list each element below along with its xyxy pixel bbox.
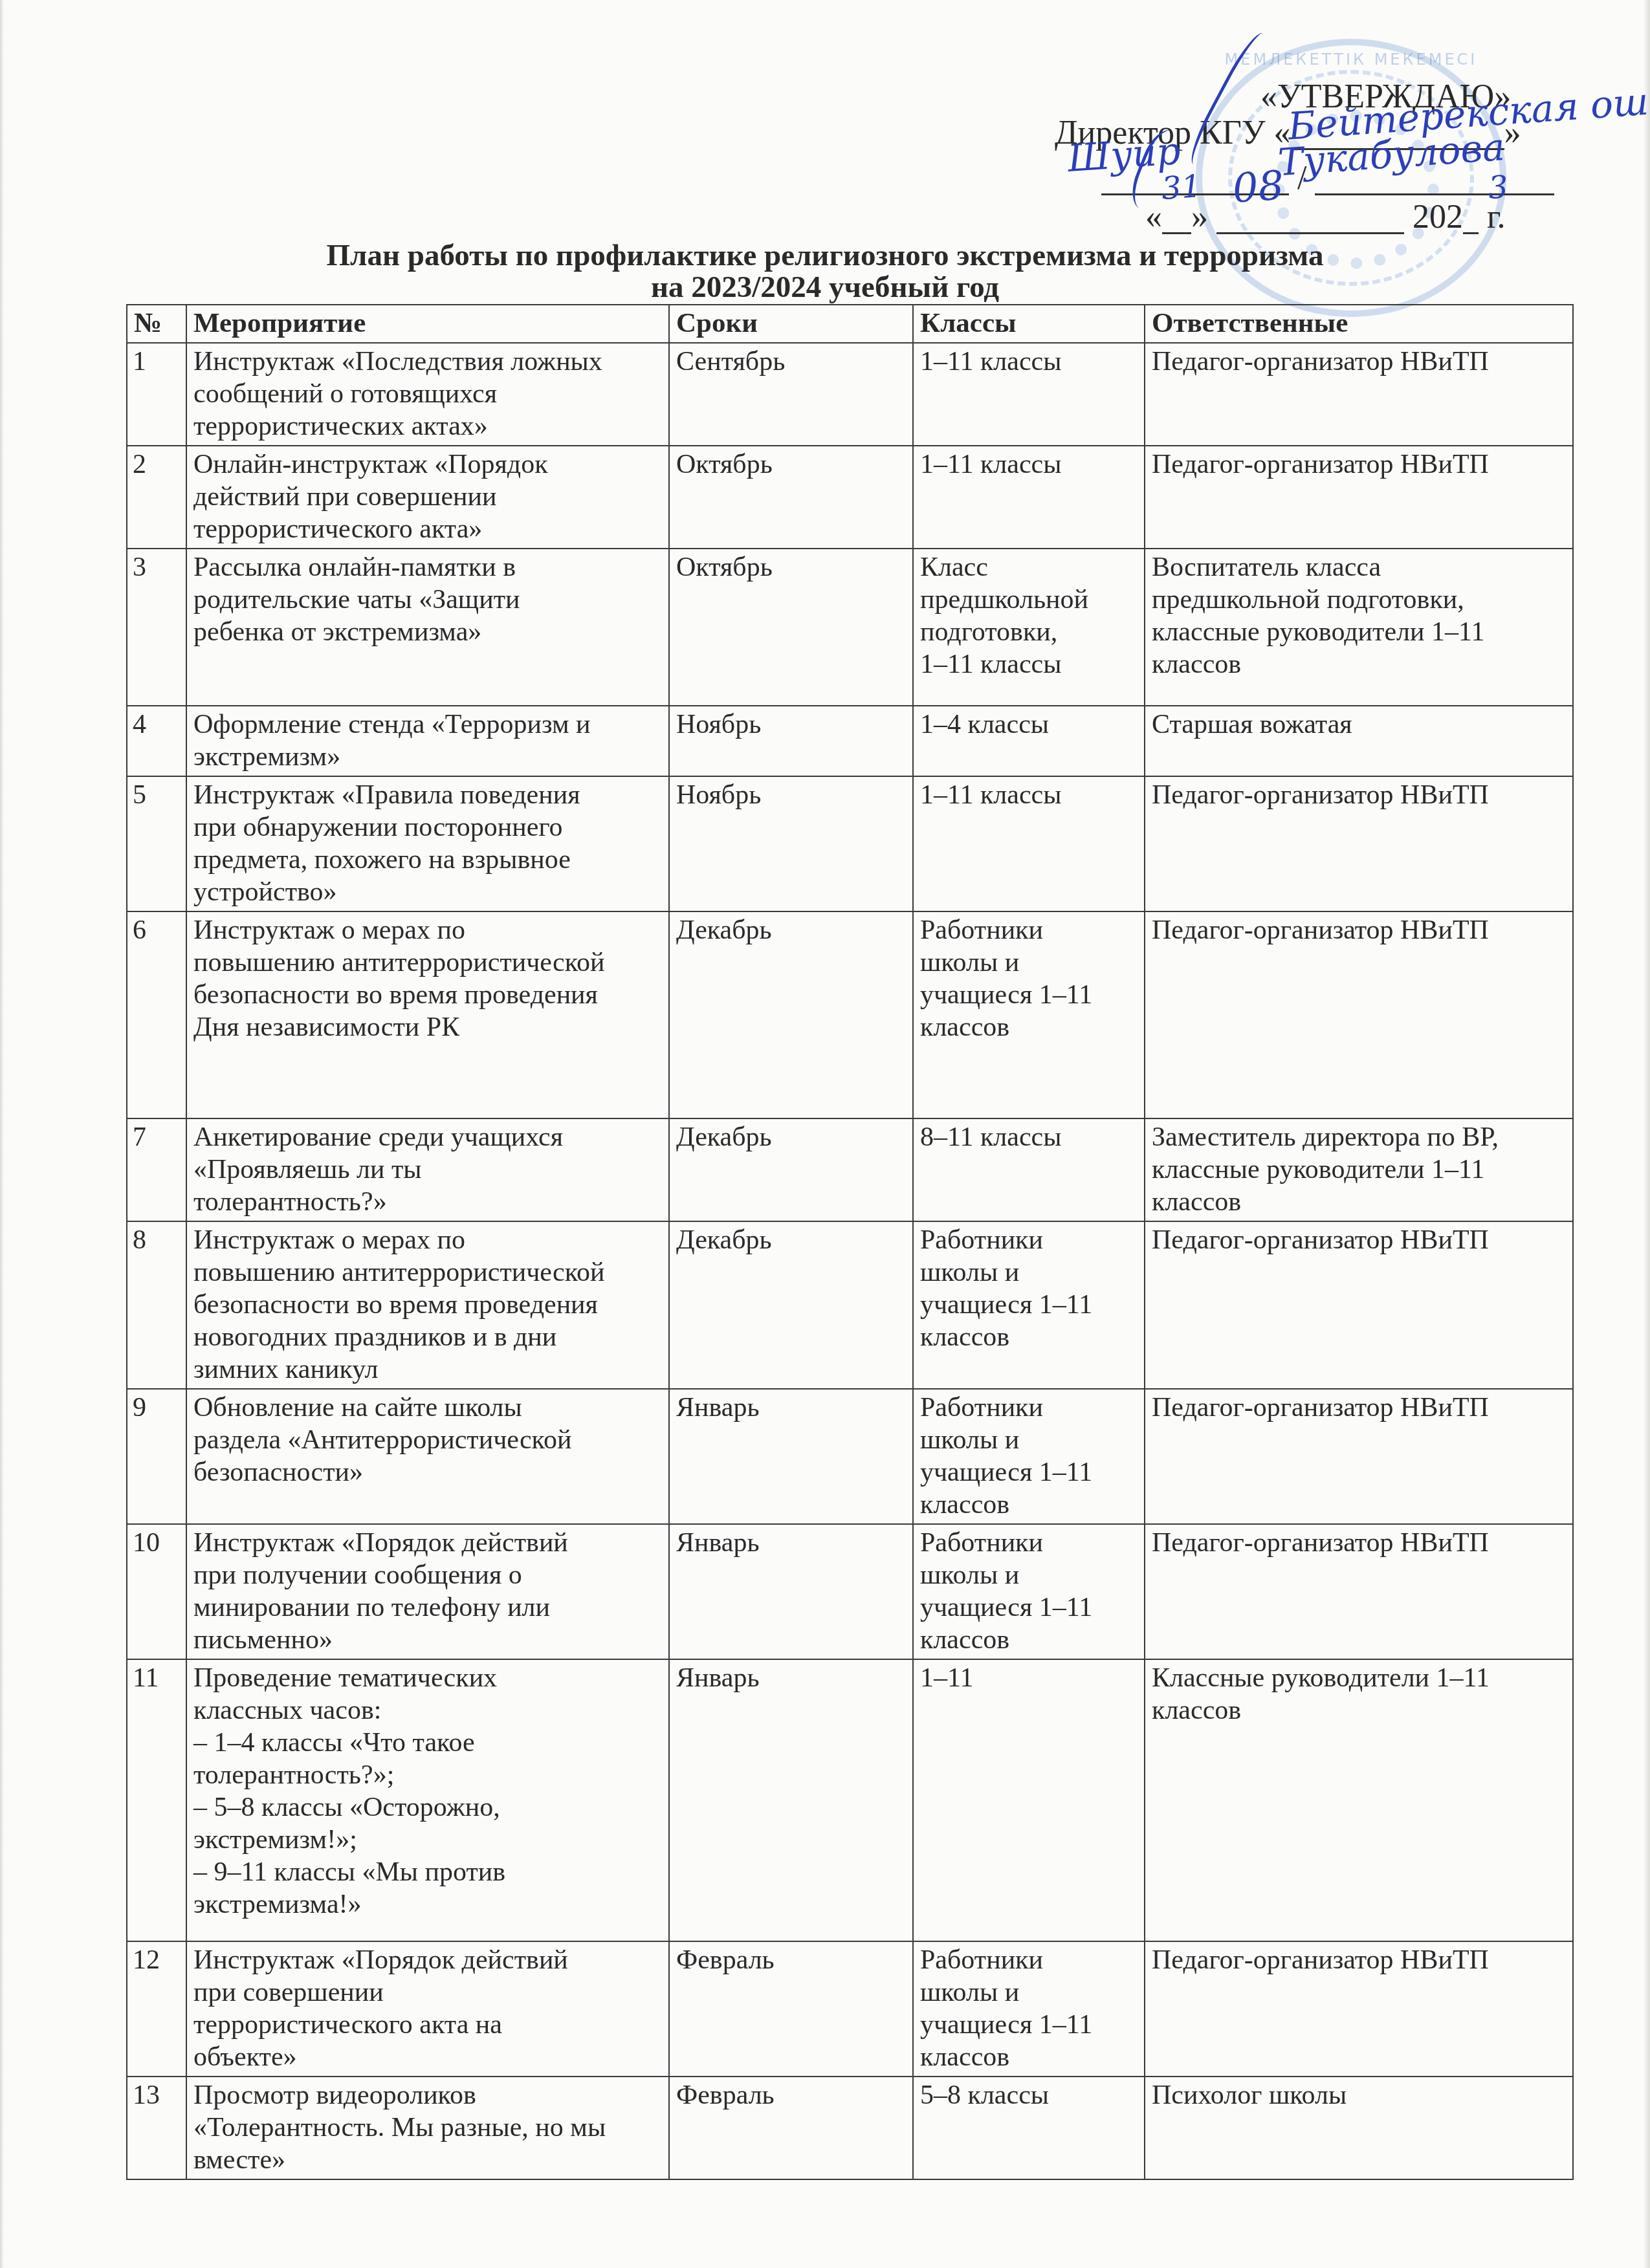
classes-cell: Работники школы и учащиеся 1–11 классов (913, 1389, 1145, 1524)
event-cell: Обновление на сайте школы раздела «Антит… (186, 1389, 669, 1524)
classes-cell: 1–11 классы (913, 343, 1145, 446)
event-cell: Инструктаж о мерах по повышению антитерр… (186, 911, 669, 1118)
event-cell: Инструктаж «Порядок действий при соверше… (186, 1941, 669, 2077)
table-row: 5Инструктаж «Правила поведения при обнар… (127, 776, 1573, 911)
row-number-text: 10 (133, 1527, 178, 1559)
term-cell-text: Сентябрь (676, 345, 905, 378)
responsible-cell-text: Старшая вожатая (1152, 708, 1565, 741)
scan-edge-left (0, 0, 4, 2268)
year-blank (1463, 201, 1479, 234)
row-number-text: 5 (133, 779, 178, 811)
classes-cell-text: 5–8 классы (920, 2079, 1136, 2111)
table-row: 6Инструктаж о мерах по повышению антитер… (127, 911, 1573, 1118)
responsible-cell-text: Психолог школы (1152, 2079, 1565, 2111)
term-cell: Февраль (669, 1941, 913, 2077)
term-cell-text: Октябрь (676, 448, 905, 481)
handwritten-month: 08 (1231, 161, 1286, 212)
term-cell-text: Октябрь (676, 551, 905, 583)
term-cell-text: Декабрь (676, 914, 905, 946)
row-number: 13 (127, 2077, 186, 2179)
table-header-row: № Мероприятие Сроки Классы Ответственные (127, 305, 1573, 343)
handwritten-year-digit: 3 (1487, 169, 1509, 206)
table-row: 3Рассылка онлайн-памятки в родительские … (127, 549, 1573, 706)
classes-cell-text: 1–11 классы (920, 345, 1136, 378)
date-line: «» 202 г. (1145, 201, 1505, 234)
term-cell-text: Январь (676, 1391, 905, 1424)
responsible-cell-text: Педагог-организатор НВиТП (1152, 1391, 1565, 1424)
responsible-cell-text: Педагог-организатор НВиТП (1152, 914, 1565, 946)
row-number-text: 2 (133, 448, 178, 481)
term-cell-text: Февраль (676, 1944, 905, 1976)
event-cell: Инструктаж «Правила поведения при обнару… (186, 776, 669, 911)
plan-table: № Мероприятие Сроки Классы Ответственные… (126, 304, 1574, 2180)
responsible-cell-text: Педагог-организатор НВиТП (1152, 1527, 1565, 1559)
classes-cell-text: 1–11 классы (920, 448, 1136, 481)
row-number: 7 (127, 1118, 186, 1221)
classes-cell: 1–11 классы (913, 776, 1145, 911)
classes-cell: Работники школы и учащиеся 1–11 классов (913, 1941, 1145, 2077)
classes-cell-text: Работники школы и учащиеся 1–11 классов (920, 914, 1136, 1043)
row-number-text: 13 (133, 2079, 178, 2111)
responsible-cell: Педагог-организатор НВиТП (1145, 1524, 1573, 1659)
classes-cell: Класс предшкольной подготовки, 1–11 клас… (913, 549, 1145, 706)
term-cell-text: Январь (676, 1662, 905, 1694)
table-row: 11Проведение тематических классных часов… (127, 1659, 1573, 1941)
term-cell: Январь (669, 1524, 913, 1659)
scan-edge-right (1644, 0, 1650, 2268)
event-cell-text: Онлайн-инструктаж «Порядок действий при … (193, 448, 661, 545)
year-prefix: 202 (1413, 199, 1463, 235)
row-number: 11 (127, 1659, 186, 1941)
row-number-text: 7 (133, 1121, 178, 1153)
event-cell-text: Рассылка онлайн-памятки в родительские ч… (193, 551, 661, 648)
responsible-cell: Педагог-организатор НВиТП (1145, 446, 1573, 549)
table-row: 13Просмотр видеороликов «Толерантность. … (127, 2077, 1573, 2179)
row-number: 10 (127, 1524, 186, 1659)
event-cell-text: Оформление стенда «Терроризм и экстремиз… (193, 708, 661, 773)
event-cell-text: Обновление на сайте школы раздела «Антит… (193, 1391, 661, 1488)
responsible-cell: Педагог-организатор НВиТП (1145, 1221, 1573, 1389)
event-cell-text: Инструктаж о мерах по повышению антитерр… (193, 1224, 661, 1386)
classes-cell-text: 1–11 (920, 1662, 1136, 1694)
table-body: 1Инструктаж «Последствия ложных сообщени… (127, 343, 1573, 2179)
classes-cell-text: 1–11 классы (920, 779, 1136, 811)
classes-cell: 1–11 классы (913, 446, 1145, 549)
row-number-text: 4 (133, 708, 178, 741)
event-cell-text: Просмотр видеороликов «Толерантность. Мы… (193, 2079, 661, 2176)
event-cell: Инструктаж о мерах по повышению антитерр… (186, 1221, 669, 1389)
classes-cell: Работники школы и учащиеся 1–11 классов (913, 1221, 1145, 1389)
event-cell-text: Инструктаж «Последствия ложных сообщений… (193, 345, 661, 442)
responsible-cell: Педагог-организатор НВиТП (1145, 343, 1573, 446)
event-cell: Рассылка онлайн-памятки в родительские ч… (186, 549, 669, 706)
responsible-cell: Классные руководители 1–11 классов (1145, 1659, 1573, 1941)
table-row: 8Инструктаж о мерах по повышению антитер… (127, 1221, 1573, 1389)
header-responsible: Ответственные (1145, 305, 1573, 343)
term-cell: Декабрь (669, 911, 913, 1118)
row-number: 8 (127, 1221, 186, 1389)
row-number: 6 (127, 911, 186, 1118)
classes-cell: Работники школы и учащиеся 1–11 классов (913, 911, 1145, 1118)
document-title: План работы по профилактике религиозного… (0, 241, 1650, 271)
header-number: № (127, 305, 186, 343)
event-cell: Оформление стенда «Терроризм и экстремиз… (186, 706, 669, 776)
classes-cell-text: Работники школы и учащиеся 1–11 классов (920, 1224, 1136, 1353)
classes-cell: 1–11 (913, 1659, 1145, 1941)
classes-cell-text: 8–11 классы (920, 1121, 1136, 1153)
responsible-cell: Старшая вожатая (1145, 706, 1573, 776)
responsible-cell-text: Педагог-организатор НВиТП (1152, 448, 1565, 481)
responsible-cell: Педагог-организатор НВиТП (1145, 911, 1573, 1118)
header-classes: Классы (913, 305, 1145, 343)
table-row: 4Оформление стенда «Терроризм и экстреми… (127, 706, 1573, 776)
header-event: Мероприятие (186, 305, 669, 343)
event-cell: Просмотр видеороликов «Толерантность. Мы… (186, 2077, 669, 2179)
row-number: 4 (127, 706, 186, 776)
term-cell-text: Ноябрь (676, 708, 905, 741)
table-row: 7Анкетирование среди учащихся «Проявляеш… (127, 1118, 1573, 1221)
term-cell-text: Декабрь (676, 1224, 905, 1256)
row-number-text: 12 (133, 1944, 178, 1976)
table-row: 1Инструктаж «Последствия ложных сообщени… (127, 343, 1573, 446)
row-number-text: 8 (133, 1224, 178, 1256)
classes-cell-text: Работники школы и учащиеся 1–11 классов (920, 1944, 1136, 2073)
term-cell: Февраль (669, 2077, 913, 2179)
classes-cell: 5–8 классы (913, 2077, 1145, 2179)
term-cell-text: Ноябрь (676, 779, 905, 811)
event-cell: Анкетирование среди учащихся «Проявляешь… (186, 1118, 669, 1221)
table-row: 12Инструктаж «Порядок действий при совер… (127, 1941, 1573, 2077)
responsible-cell-text: Педагог-организатор НВиТП (1152, 779, 1565, 811)
term-cell: Октябрь (669, 549, 913, 706)
event-cell-text: Инструктаж о мерах по повышению антитерр… (193, 914, 661, 1043)
event-cell-text: Инструктаж «Порядок действий при соверше… (193, 1944, 661, 2073)
row-number: 2 (127, 446, 186, 549)
table-row: 10Инструктаж «Порядок действий при получ… (127, 1524, 1573, 1659)
term-cell: Январь (669, 1389, 913, 1524)
term-cell: Январь (669, 1659, 913, 1941)
header-term: Сроки (669, 305, 913, 343)
responsible-cell-text: Педагог-организатор НВиТП (1152, 345, 1565, 378)
event-cell: Онлайн-инструктаж «Порядок действий при … (186, 446, 669, 549)
term-cell: Сентябрь (669, 343, 913, 446)
term-cell-text: Декабрь (676, 1121, 905, 1153)
responsible-cell: Педагог-организатор НВиТП (1145, 776, 1573, 911)
classes-cell: Работники школы и учащиеся 1–11 классов (913, 1524, 1145, 1659)
table-row: 9Обновление на сайте школы раздела «Анти… (127, 1389, 1573, 1524)
table-row: 2Онлайн-инструктаж «Порядок действий при… (127, 446, 1573, 549)
row-number-text: 9 (133, 1391, 178, 1424)
classes-cell: 8–11 классы (913, 1118, 1145, 1221)
row-number-text: 6 (133, 914, 178, 946)
term-cell: Октябрь (669, 446, 913, 549)
term-cell: Ноябрь (669, 776, 913, 911)
row-number-text: 1 (133, 345, 178, 378)
responsible-cell-text: Классные руководители 1–11 классов (1152, 1662, 1565, 1727)
row-number: 1 (127, 343, 186, 446)
row-number: 3 (127, 549, 186, 706)
document-subtitle: на 2023/2024 учебный год (0, 272, 1650, 303)
responsible-cell: Психолог школы (1145, 2077, 1573, 2179)
term-cell: Декабрь (669, 1118, 913, 1221)
event-cell: Инструктаж «Последствия ложных сообщений… (186, 343, 669, 446)
responsible-cell: Педагог-организатор НВиТП (1145, 1941, 1573, 2077)
event-cell-text: Инструктаж «Порядок действий при получен… (193, 1527, 661, 1656)
term-cell-text: Февраль (676, 2079, 905, 2111)
responsible-cell-text: Заместитель директора по ВР, классные ру… (1152, 1121, 1565, 1218)
classes-cell-text: Работники школы и учащиеся 1–11 классов (920, 1391, 1136, 1521)
classes-cell-text: 1–4 классы (920, 708, 1136, 741)
event-cell: Проведение тематических классных часов: … (186, 1659, 669, 1941)
row-number-text: 3 (133, 551, 178, 583)
event-cell-text: Анкетирование среди учащихся «Проявляешь… (193, 1121, 661, 1218)
responsible-cell: Воспитатель класса предшкольной подготов… (1145, 549, 1573, 706)
row-number: 5 (127, 776, 186, 911)
event-cell-text: Проведение тематических классных часов: … (193, 1662, 661, 1921)
responsible-cell-text: Педагог-организатор НВиТП (1152, 1224, 1565, 1256)
responsible-cell: Заместитель директора по ВР, классные ру… (1145, 1118, 1573, 1221)
row-number: 9 (127, 1389, 186, 1524)
responsible-cell-text: Воспитатель класса предшкольной подготов… (1152, 551, 1565, 681)
row-number: 12 (127, 1941, 186, 2077)
responsible-cell: Педагог-организатор НВиТП (1145, 1389, 1573, 1524)
term-cell-text: Январь (676, 1527, 905, 1559)
event-cell-text: Инструктаж «Правила поведения при обнару… (193, 779, 661, 908)
responsible-cell-text: Педагог-организатор НВиТП (1152, 1944, 1565, 1976)
classes-cell-text: Класс предшкольной подготовки, 1–11 клас… (920, 551, 1136, 681)
classes-cell: 1–4 классы (913, 706, 1145, 776)
term-cell: Декабрь (669, 1221, 913, 1389)
term-cell: Ноябрь (669, 706, 913, 776)
classes-cell-text: Работники школы и учащиеся 1–11 классов (920, 1527, 1136, 1656)
event-cell: Инструктаж «Порядок действий при получен… (186, 1524, 669, 1659)
row-number-text: 11 (133, 1662, 178, 1694)
